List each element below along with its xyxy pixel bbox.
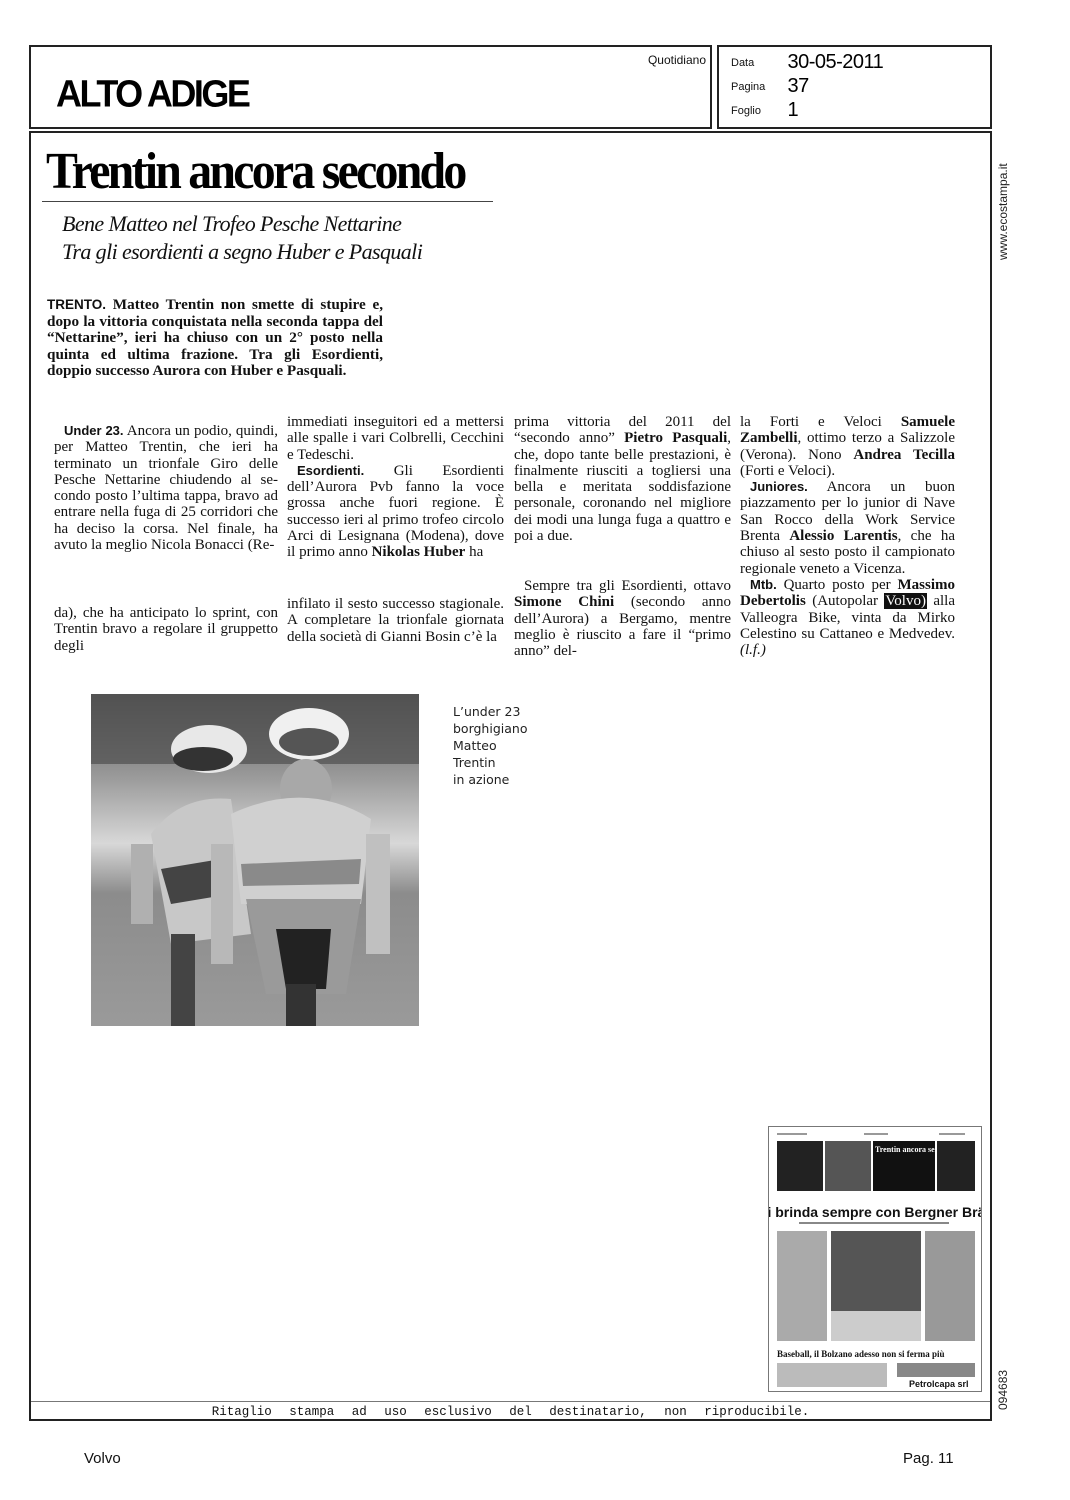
subhead-line: Tra gli esordienti a segno Huber e Pasqu… [62,238,422,266]
author-signature: (l.f.) [740,642,766,658]
keyword-label: Volvo [84,1450,121,1467]
meta-value: 30-05-2011 [787,51,883,73]
column-3: prima vittoria del 2011 del “secondo ann… [514,414,731,544]
article-photo [91,694,419,1026]
article-lead: TRENTO. Matteo Trentin non smette di stu… [47,297,383,380]
meta-label: Foglio [731,105,783,117]
meta-label: Data [731,57,783,69]
paragraph: la Forti e Veloci Samuele Zambelli, otti… [740,414,955,479]
svg-text:Petrolcapa srl: Petrolcapa srl [909,1379,969,1389]
newspaper-masthead: ALTO ADIGE [56,72,248,116]
section-runin: Esordienti. [297,463,364,478]
paragraph: Sempre tra gli Esordienti, ottavo Simone… [514,578,731,659]
section-runin: Under 23. [64,423,124,438]
column-2: immediati inseguitori ed a mettersi alle… [287,414,504,561]
meta-date: Data 30-05-2011 [731,51,883,74]
meta-sheet: Foglio 1 [731,99,798,122]
paragraph: Mtb. Quarto posto per Mas­simo Debertoli… [740,577,955,658]
paragraph: Esordienti. Gli Esordienti dell’Aurora P… [287,463,504,561]
publication-type: Quotidiano [648,53,706,67]
divider [31,1401,990,1402]
paragraph: prima vittoria del 2011 del “secondo ann… [514,414,731,544]
paragraph: immediati inseguitori ed a mettersi alle… [287,414,504,463]
page-number: Pag. 11 [903,1450,954,1467]
meta-label: Pagina [731,81,783,93]
source-url: www.ecostampa.it [996,163,1010,260]
clipping-code: 094683 [996,1370,1010,1410]
column-4: la Forti e Veloci Samuele Zambelli, otti… [740,414,955,658]
meta-value: 1 [787,99,798,121]
article-subhead: Bene Matteo nel Trofeo Pesche Nettarine … [62,210,422,266]
section-runin: Mtb. [750,577,777,592]
paragraph: da), che ha anticipato lo sprint, con Tr… [54,605,278,654]
article-headline: Trentin ancora secondo [46,146,465,198]
column-1: Under 23. Ancora un po­dio, quindi, per … [54,423,278,553]
paragraph: infilato il sesto successo sta­gionale. … [287,596,504,645]
column-1-continued: da), che ha anticipato lo sprint, con Tr… [54,605,278,654]
svg-text:Si brinda sempre con Bergner B: Si brinda sempre con Bergner Bräu [769,1204,982,1220]
page-thumbnail: Trentin ancora secondo Si brinda sempre … [768,1126,982,1392]
metadata-box: Data 30-05-2011 Pagina 37 Foglio 1 [717,45,992,129]
meta-value: 37 [787,75,808,97]
headline-rule [42,201,493,202]
masthead-box: ALTO ADIGE Quotidiano [29,45,712,129]
column-2-continued: infilato il sesto successo sta­gionale. … [287,596,504,645]
cyclists-photo-icon [91,694,419,1026]
column-3-continued: Sempre tra gli Esordienti, ottavo Simone… [514,578,731,659]
paragraph: Juniores. Ancora un buon piazzamento per… [740,479,955,577]
meta-page: Pagina 37 [731,75,809,98]
subhead-line: Bene Matteo nel Trofeo Pesche Nettarine [62,210,422,238]
newspaper-page-thumbnail-icon: Trentin ancora secondo Si brinda sempre … [769,1127,982,1392]
disclaimer: Ritaglio stampa ad uso esclusivo del des… [31,1405,990,1419]
svg-text:Baseball, il Bolzano adesso no: Baseball, il Bolzano adesso non si ferma… [777,1349,945,1359]
dateline: TRENTO. [47,297,106,312]
keyword-highlight: Volvo) [884,593,927,609]
paragraph: Under 23. Ancora un po­dio, quindi, per … [54,423,278,553]
section-runin: Juniores. [750,479,808,494]
photo-caption: L’under 23 borghigiano Matteo Trentin in… [453,703,527,788]
